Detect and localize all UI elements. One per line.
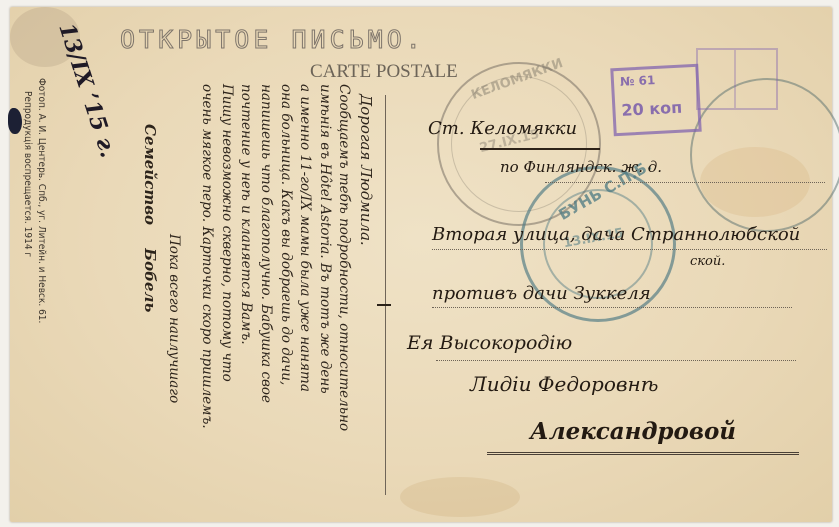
addressee-title: Ея Высокородію — [407, 332, 572, 354]
postage-stamp-number: № 61 — [620, 73, 656, 89]
station-underline — [480, 148, 600, 150]
addressee-surname: Александровой — [530, 418, 736, 445]
postage-stamp-value: 20 коп — [621, 98, 683, 120]
ink-blot — [8, 108, 22, 134]
handwritten-message: Дорогая Людмила. Сообщаемъ тебѣ подробно… — [139, 84, 375, 514]
address-near: противъ дачи Зуккеля — [432, 283, 651, 304]
reproduction-notice: Репродукція воспрещается. 1914 г — [22, 91, 33, 257]
address-dotted-line — [436, 360, 796, 361]
message-signature: Семейство Бобель — [139, 84, 159, 514]
address-dotted-line — [432, 249, 827, 250]
address-station: Ст. Келомякки — [428, 118, 577, 139]
addressee-name: Лидіи Федоровнѣ — [470, 372, 658, 396]
message-line: а именно 11-го/IX мамы была уже нанята — [295, 84, 315, 514]
paper-stain — [400, 477, 520, 517]
message-closing: Пока всего наилучшаго — [163, 84, 183, 514]
signature-family: Семейство — [141, 124, 159, 225]
publisher-credit: Фотоп. А. И. Центерь. Спб., уг. Литейн. … — [36, 78, 47, 323]
message-greeting: Дорогая Людмила. — [355, 84, 375, 514]
message-line: она больница. Какъ вы добраешь до дачи, — [275, 84, 295, 514]
address-dotted-line — [432, 307, 792, 308]
signature-name: Бобель — [141, 230, 159, 312]
message-address-divider — [385, 95, 386, 495]
message-line: почтение у неѣ и кланяется Вамъ. — [236, 84, 256, 514]
divider-ink-mark — [377, 304, 391, 306]
message-line: напишешь что благополучно. Бабушка свое — [255, 84, 275, 514]
message-line: Пишу невозможно скверно, потому что — [216, 84, 236, 514]
message-line: имѣнія въ Hôtel Astoria. Въ тотъ же день — [314, 84, 334, 514]
message-line: Сообщаемъ тебѣ подробности, относительно — [334, 84, 354, 514]
card-title-russian: ОТКРЫТОЕ ПИСЬМО. — [120, 25, 425, 54]
postage-due-stamp: № 61 20 коп — [610, 64, 701, 137]
address-street: Вторая улица, дача Страннолюбской — [432, 224, 800, 245]
address-dotted-line — [545, 182, 825, 183]
address-street-cont: ской. — [690, 254, 725, 269]
card-title-french: CARTE POSTALE — [310, 61, 458, 83]
address-railway: по Финляндск. ж. д. — [500, 158, 662, 176]
surname-underline — [487, 452, 799, 455]
postage-stamp-faded — [696, 48, 778, 110]
message-line: очень мягкое перо. Карточки скоро пришле… — [197, 84, 217, 514]
